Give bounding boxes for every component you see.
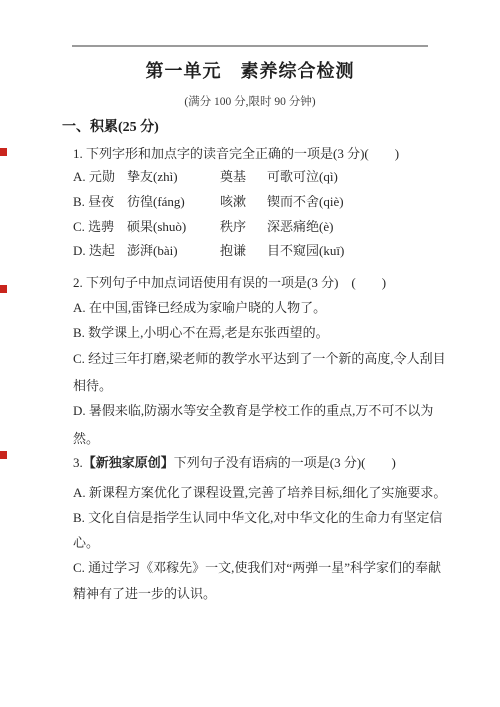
q3-option-a: A. 新课程方案优化了课程设置,完善了培养目标,细化了实施要求。	[73, 482, 446, 501]
q1-option-a-word1: A. 元勋	[73, 166, 127, 185]
q1-option-d-word2: 澎湃(bài)	[127, 240, 220, 259]
q1-option-c: C. 选骋硕果(shuò)秩序深恶痛绝(è)	[73, 216, 333, 235]
q3-option-c-line1: C. 通过学习《邓稼先》一文,使我们对“两弹一星”科学家们的奉献	[73, 557, 441, 576]
q2-option-c-line2: 相待。	[73, 375, 112, 394]
q2-option-a: A. 在中国,雷锋已经成为家喻户晓的人物了。	[73, 297, 326, 316]
q1-option-d-word4: 目不窥园(kuī)	[267, 240, 344, 259]
q1-option-a-word3: 奠基	[220, 166, 267, 185]
q3-option-b-line2: 心。	[73, 532, 99, 551]
q1-option-a-word2: 挚友(zhì)	[127, 166, 220, 185]
q1-option-b: B. 昼夜彷徨(fáng)咳漱锲而不舍(qiè)	[73, 191, 344, 210]
exam-page: 第一单元 素养综合检测 (满分 100 分,限时 90 分钟) 一、积累(25 …	[0, 0, 500, 707]
q2-option-d-line2: 然。	[73, 428, 99, 447]
q3-stem: 3.【新独家原创】下列句子没有语病的一项是(3 分)( )	[73, 452, 396, 471]
q1-option-c-word1: C. 选骋	[73, 216, 127, 235]
q1-option-d-word3: 抱谦	[220, 240, 267, 259]
q2-option-c-line1: C. 经过三年打磨,梁老师的教学水平达到了一个新的高度,令人刮目	[73, 348, 446, 367]
q3-number: 3.	[73, 455, 83, 470]
q3-option-b-line1: B. 文化自信是指学生认同中华文化,对中华文化的生命力有坚定信	[73, 507, 442, 526]
q1-option-c-word2: 硕果(shuò)	[127, 216, 220, 235]
q1-option-b-word4: 锲而不舍(qiè)	[267, 191, 344, 210]
q2-stem: 2. 下列句子中加点词语使用有误的一项是(3 分) ( )	[73, 272, 386, 291]
q2-option-d-line1: D. 暑假来临,防溺水等安全教育是学校工作的重点,万不可不以为	[73, 400, 433, 419]
q3-option-c-line2: 精神有了进一步的认识。	[73, 583, 216, 602]
q1-option-b-word1: B. 昼夜	[73, 191, 127, 210]
q1-option-c-word3: 秩序	[220, 216, 267, 235]
q1-option-d-word1: D. 迭起	[73, 240, 127, 259]
red-marker-2	[0, 285, 7, 293]
page-title: 第一单元 素养综合检测	[0, 57, 500, 83]
header-divider	[72, 45, 428, 47]
red-marker-3	[0, 451, 7, 459]
q1-option-c-word4: 深恶痛绝(è)	[267, 216, 333, 235]
q3-original-tag: 【新独家原创】	[83, 455, 174, 470]
exam-score-time-note: (满分 100 分,限时 90 分钟)	[0, 93, 500, 109]
q1-option-b-word3: 咳漱	[220, 191, 267, 210]
q1-option-b-word2: 彷徨(fáng)	[127, 191, 220, 210]
q1-stem: 1. 下列字形和加点字的读音完全正确的一项是(3 分)( )	[73, 143, 399, 162]
section-heading-accumulation: 一、积累(25 分)	[62, 116, 159, 136]
q1-option-a: A. 元勋挚友(zhì)奠基可歌可泣(qì)	[73, 166, 338, 185]
q1-option-a-word4: 可歌可泣(qì)	[267, 166, 338, 185]
q1-option-d: D. 迭起澎湃(bài)抱谦目不窥园(kuī)	[73, 240, 344, 259]
q3-stem-text: 下列句子没有语病的一项是(3 分)( )	[174, 455, 396, 470]
red-marker-1	[0, 148, 7, 156]
q2-option-b: B. 数学课上,小明心不在焉,老是东张西望的。	[73, 322, 329, 341]
